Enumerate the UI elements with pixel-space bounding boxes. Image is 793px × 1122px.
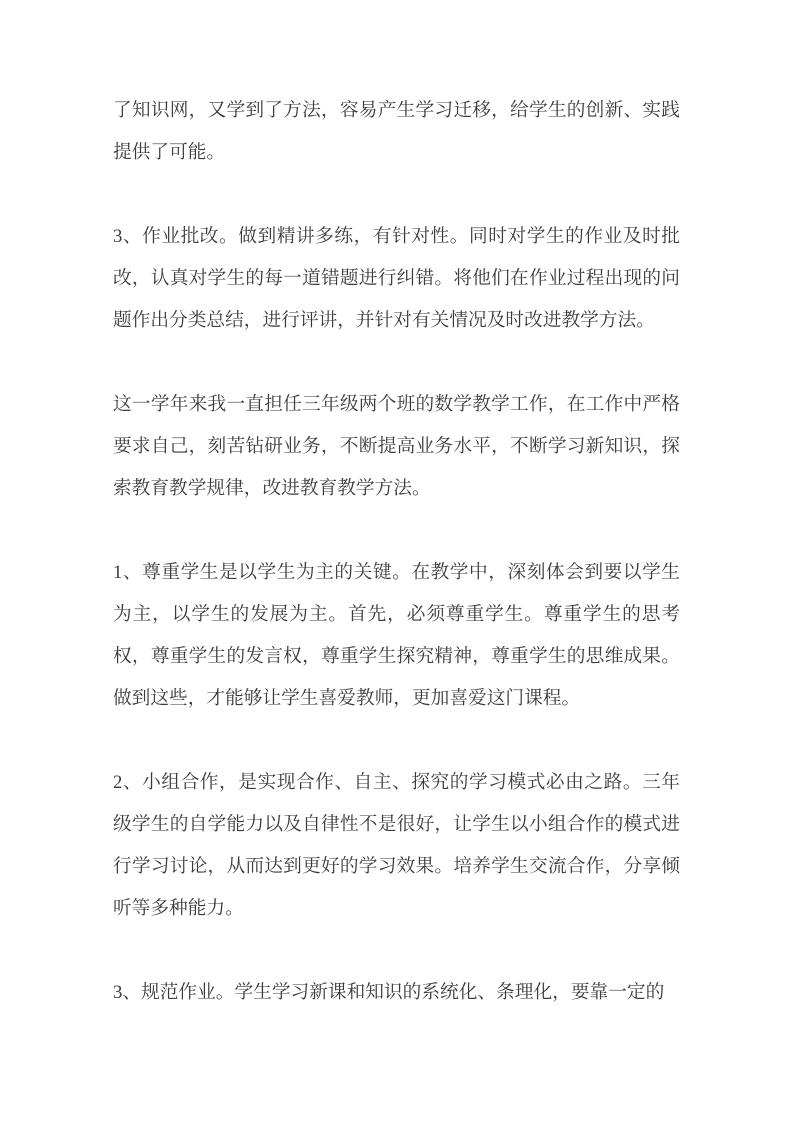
paragraph: 了知识网，又学到了方法，容易产生学习迁移，给学生的创新、实践提供了可能。 — [113, 90, 680, 174]
document-page: 了知识网，又学到了方法，容易产生学习迁移，给学生的创新、实践提供了可能。3、作业… — [0, 0, 793, 1122]
paragraph: 2、小组合作，是实现合作、自主、探究的学习模式必由之路。三年级学生的自学能力以及… — [113, 762, 680, 930]
paragraph: 3、规范作业。学生学习新课和知识的系统化、条理化，要靠一定的 — [113, 972, 680, 1014]
paragraph: 3、作业批改。做到精讲多练，有针对性。同时对学生的作业及时批改，认真对学生的每一… — [113, 216, 680, 342]
document-body: 了知识网，又学到了方法，容易产生学习迁移，给学生的创新、实践提供了可能。3、作业… — [113, 90, 680, 1014]
paragraph: 1、尊重学生是以学生为主的关键。在教学中，深刻体会到要以学生为主，以学生的发展为… — [113, 552, 680, 720]
paragraph: 这一学年来我一直担任三年级两个班的数学教学工作，在工作中严格要求自己，刻苦钻研业… — [113, 384, 680, 510]
